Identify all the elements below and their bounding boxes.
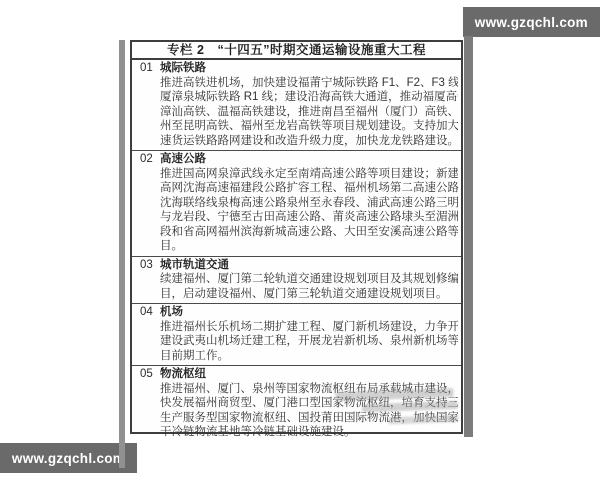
table-row: 03城市轨道交通续建福州、厦门第二轮轨道交通建设规划项目及其规划修编项 目，启动… [132, 257, 461, 305]
table-row: 02高速公路推进国高网泉漳武线永定至南靖高速公路等项目建设；新建国 高网沈海高速… [132, 151, 461, 257]
section-heading: 02高速公路 [140, 152, 458, 167]
section-number: 05 [140, 367, 160, 382]
section-number: 04 [140, 305, 160, 320]
table-title: 专栏 2 “十四五”时期交通运输设施重大工程 [132, 42, 461, 60]
section-name: 机场 [160, 305, 183, 320]
section-name: 高速公路 [160, 152, 206, 167]
table-row: 01城际铁路推进高铁进机场，加快建设福莆宁城际铁路 F1、F2、F3 线及 厦漳… [132, 60, 461, 151]
section-number: 03 [140, 258, 160, 273]
table-rows: 01城际铁路推进高铁进机场，加快建设福莆宁城际铁路 F1、F2、F3 线及 厦漳… [132, 60, 461, 442]
section-body-text: 推进福州、厦门、泉州等国家物流枢纽布局承载城市建设，加 快发展福州商贸型、厦门港… [160, 382, 458, 440]
scanned-document-page: { "watermark": { "text": "www.gzqchl.com… [0, 0, 600, 480]
table-row: 04机场推进福州长乐机场二期扩建工程、厦门新机场建设，力争开工 建设武夷山机场迁… [132, 304, 461, 366]
section-name: 物流枢纽 [160, 367, 206, 382]
scan-shadow-strip-left [119, 40, 125, 468]
major-projects-table: 专栏 2 “十四五”时期交通运输设施重大工程 01城际铁路推进高铁进机场，加快建… [130, 40, 463, 434]
watermark-badge-bottom-left: www.gzqchl.com [0, 443, 137, 473]
section-body-text: 续建福州、厦门第二轮轨道交通建设规划项目及其规划修编项 目，启动建设福州、厦门第… [160, 272, 458, 301]
section-number: 01 [140, 61, 160, 76]
scan-shadow-strip-right [464, 36, 473, 437]
section-body-text: 推进福州长乐机场二期扩建工程、厦门新机场建设，力争开工 建设武夷山机场迁建工程，… [160, 320, 458, 364]
section-heading: 03城市轨道交通 [140, 258, 458, 273]
section-body-text: 推进国高网泉漳武线永定至南靖高速公路等项目建设；新建国 高网沈海高速福建段公路扩… [160, 167, 458, 254]
section-body-text: 推进高铁进机场，加快建设福莆宁城际铁路 F1、F2、F3 线及 厦漳泉城际铁路 … [160, 76, 458, 149]
watermark-url: www.gzqchl.com [12, 451, 125, 466]
section-name: 城际铁路 [160, 61, 206, 76]
section-heading: 01城际铁路 [140, 61, 458, 76]
section-name: 城市轨道交通 [160, 258, 229, 273]
table-row: 05物流枢纽推进福州、厦门、泉州等国家物流枢纽布局承载城市建设，加 快发展福州商… [132, 366, 461, 442]
section-heading: 05物流枢纽 [140, 367, 458, 382]
watermark-badge-top-right: www.gzqchl.com [463, 7, 600, 37]
section-heading: 04机场 [140, 305, 458, 320]
watermark-url: www.gzqchl.com [475, 15, 588, 30]
section-number: 02 [140, 152, 160, 167]
